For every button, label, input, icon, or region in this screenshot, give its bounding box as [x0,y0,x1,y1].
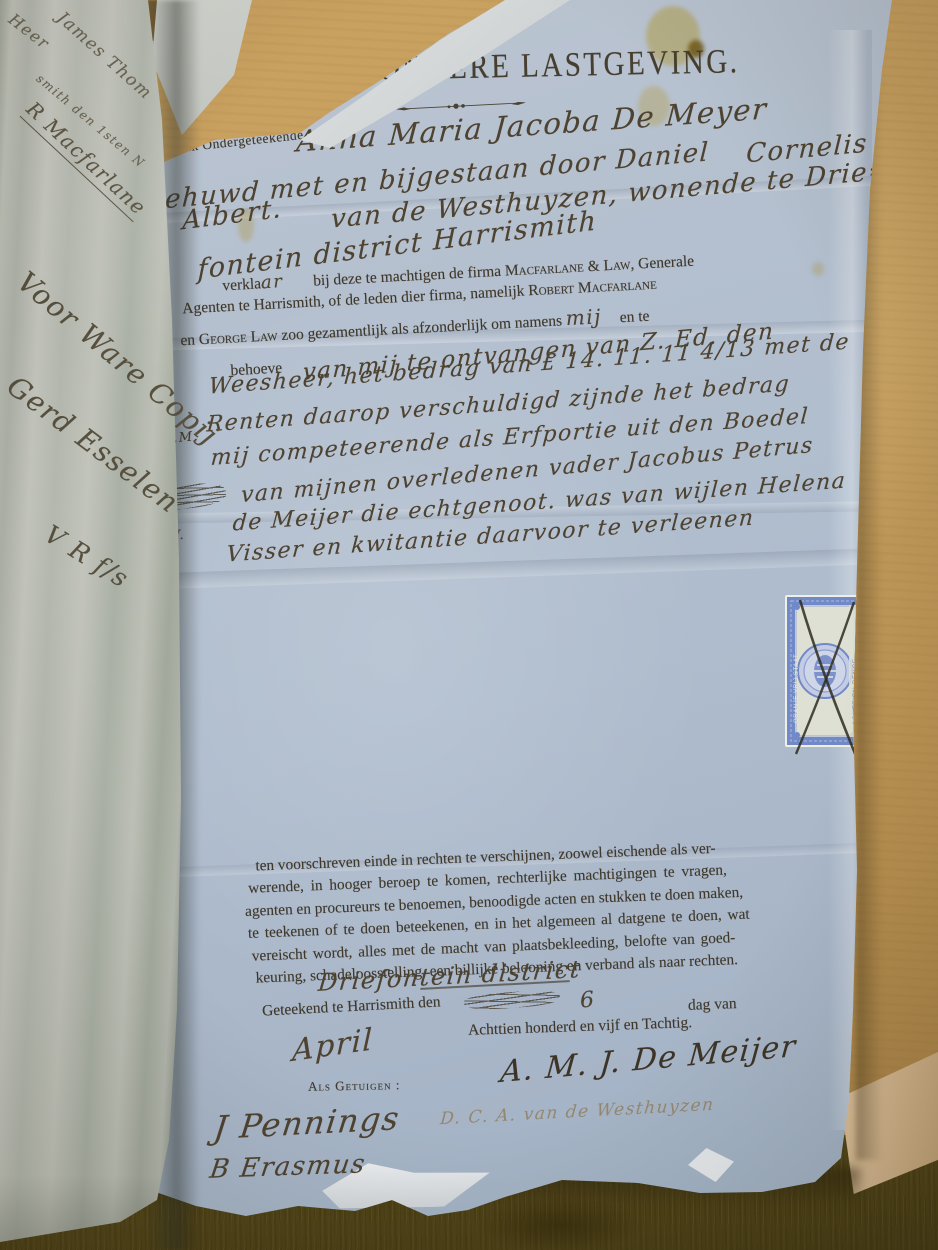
principal-signature: A. M. J. De Meijer [499,1029,798,1090]
hand-day: 6 [579,987,596,1013]
auth-l1b: , Generale [630,253,694,273]
co-signature: D. C. A. van de Westhuyzen [439,1095,715,1129]
execution-printed-1: Geteekend te Harrismith den [262,993,441,1020]
left-page-stack [0,0,186,1250]
torn-flap [688,1148,734,1182]
witness-signature-1: J Pennings [212,1099,402,1147]
photograph-of-document: BIZONDERE LASTGEVING. Ik Ondergeteekende… [0,0,938,1250]
execution-year-line: Achttien honderd en vijf en Tachtig. [468,1014,693,1040]
auth-l3c: en te [619,308,650,327]
auth-verkla: verkla [222,275,262,294]
stain [812,262,824,276]
auth-mij-hand: mij [565,304,602,330]
hand-month: April [292,1022,374,1069]
witnesses-label: Als Getuigen : [308,1077,401,1095]
scratched-out-date-word [464,989,561,1012]
partner1-name: Robert Macfarlane [528,276,657,300]
witness-signature-2: B Erasmus [208,1149,368,1185]
execution-printed-2: dag van [688,995,737,1015]
firm-name: Macfarlane & Law [504,256,630,280]
partner2-name: George Law [198,327,277,348]
stamp-left-label: ORANJE VRIJ STAAT [794,654,800,723]
fold-crease [96,549,866,592]
auth-ar-hand: ar [260,271,283,293]
